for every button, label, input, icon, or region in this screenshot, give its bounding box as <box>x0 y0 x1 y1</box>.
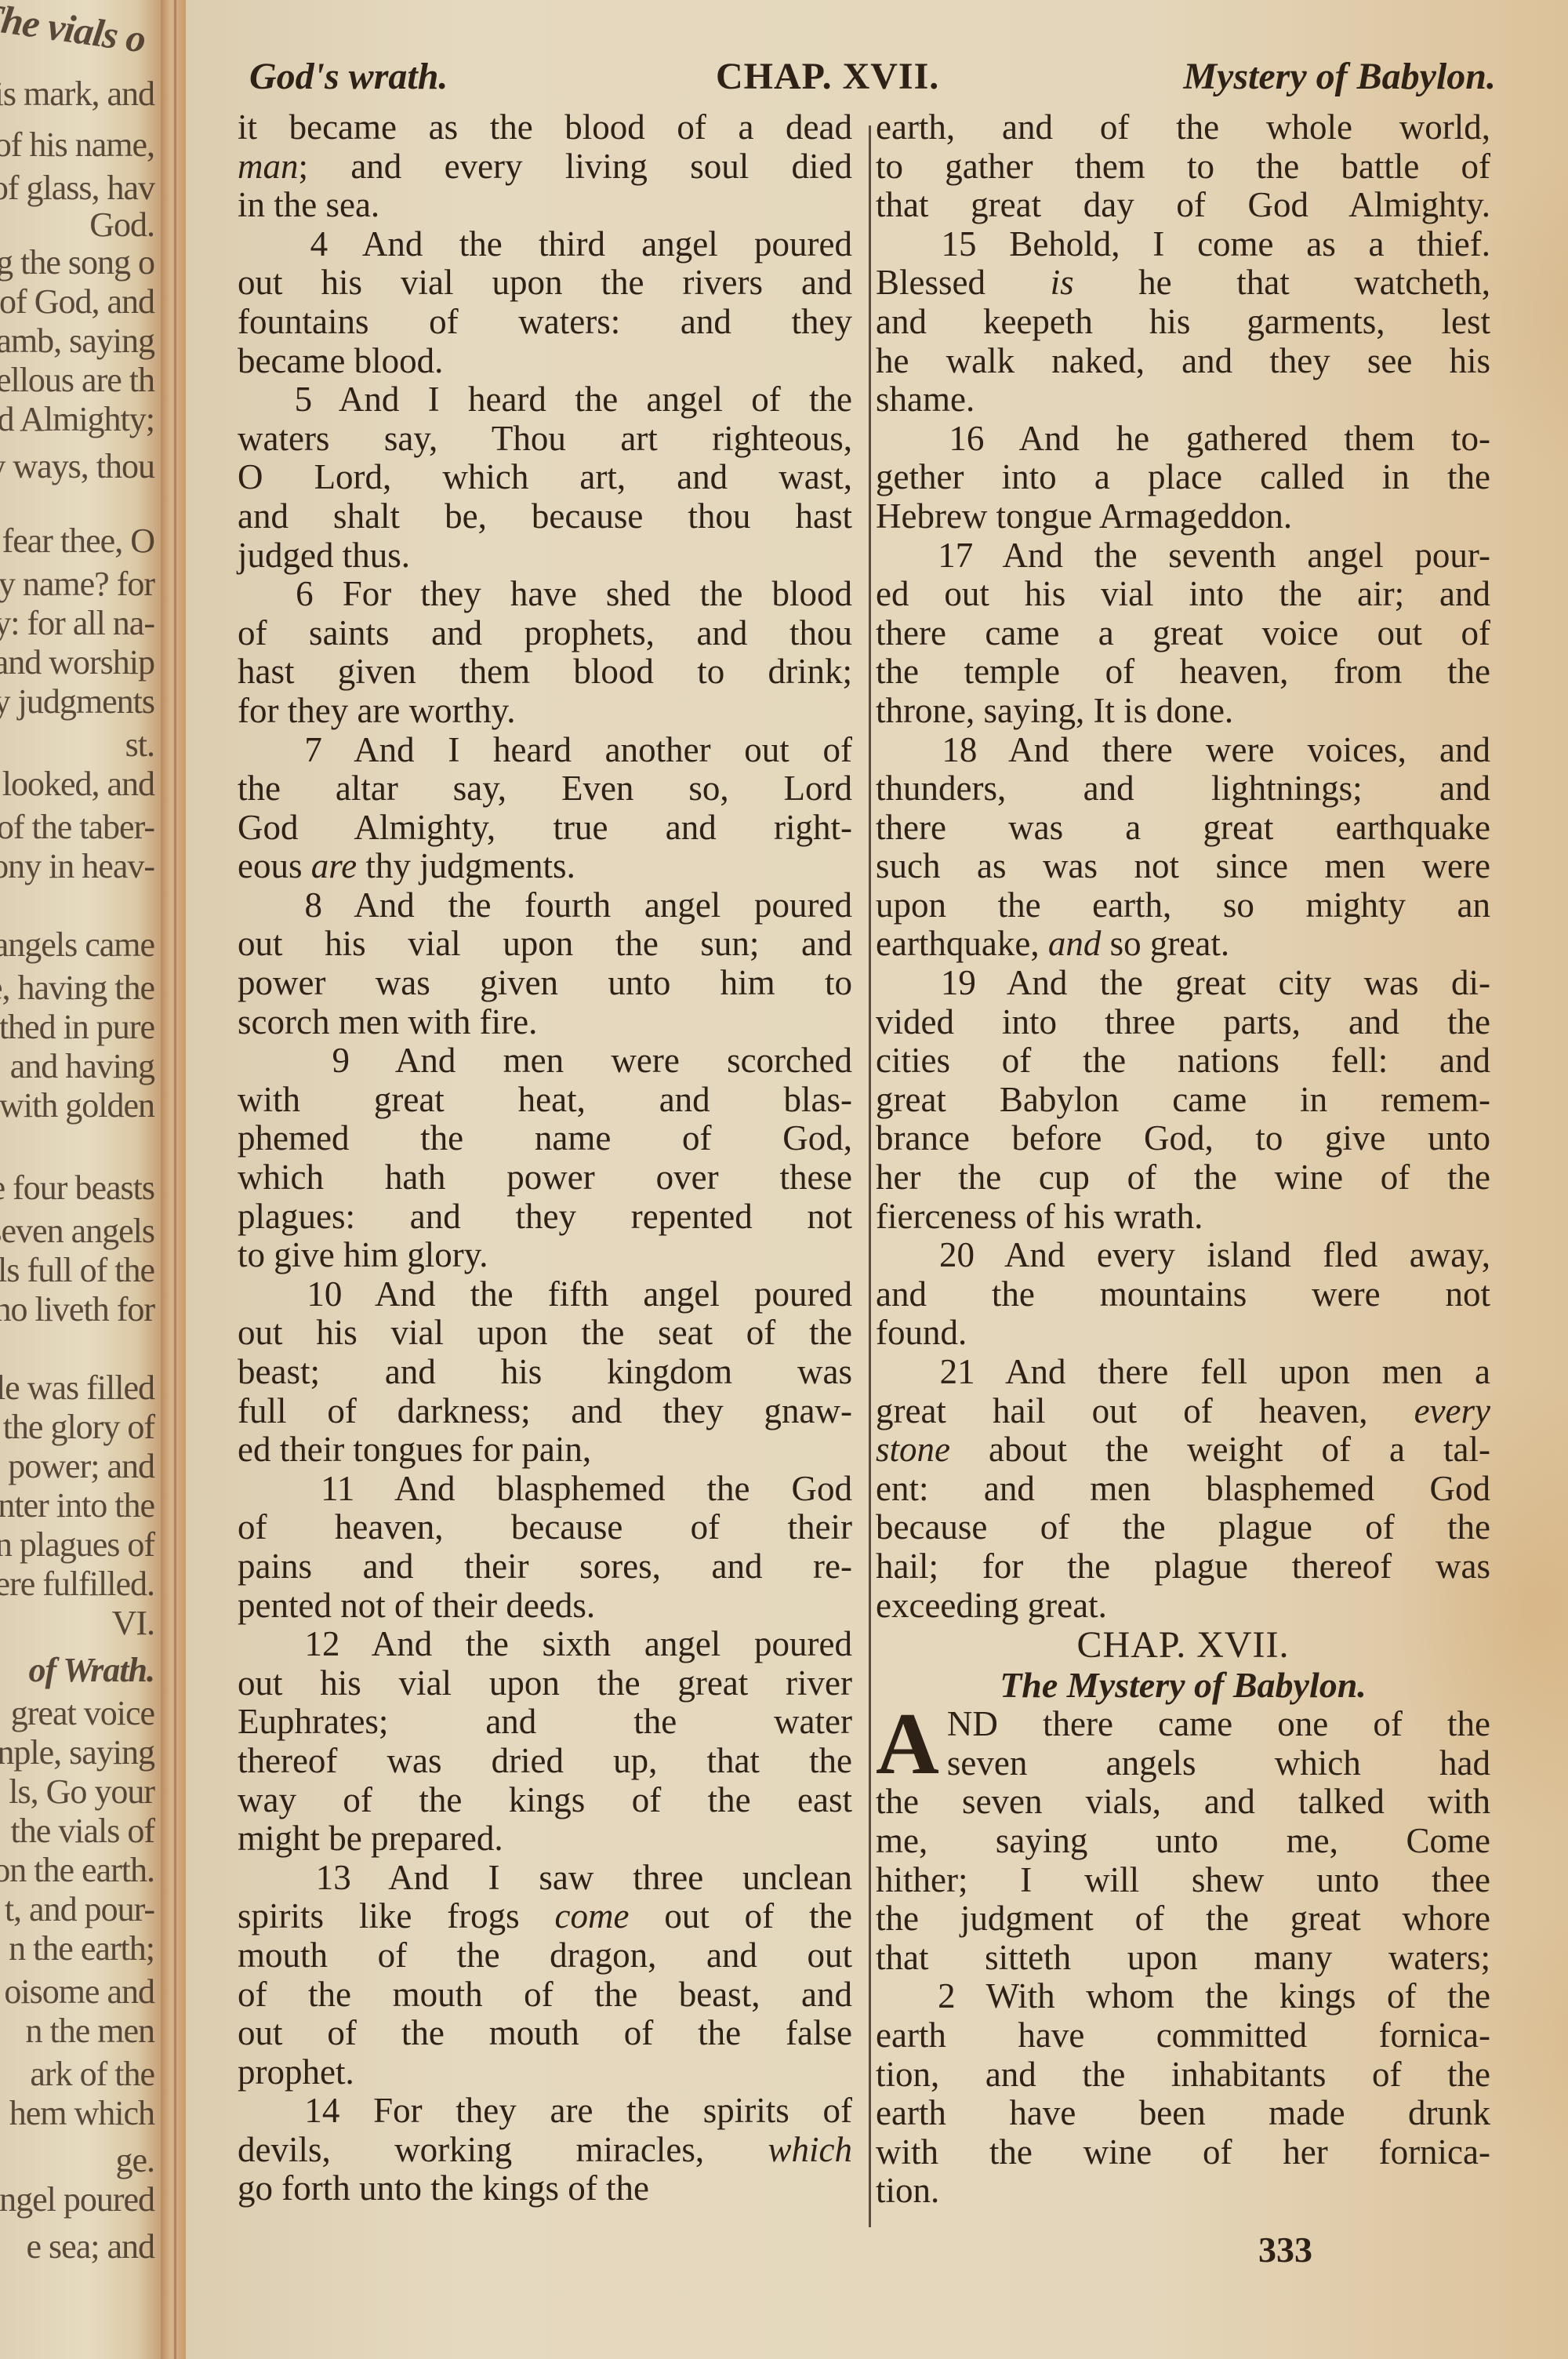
text-line: pented not of their deeds. <box>238 1587 852 1626</box>
text-line: phemed the name of God, <box>238 1119 852 1158</box>
facing-left-page: The vials o his mark, andr of his name,o… <box>0 0 161 2359</box>
text-line: 6 For they have shed the blood <box>238 575 852 614</box>
left-page-text-fragment: VI. <box>112 1604 154 1643</box>
text-line: and the mountains were not <box>876 1275 1490 1314</box>
text-line: spirits like frogs come out of the <box>238 1897 852 1936</box>
text-line: great Babylon came in remem- <box>876 1081 1490 1120</box>
text-line: 17 And the seventh angel pour- <box>876 536 1490 576</box>
text-line: that sitteth upon many waters; <box>876 1939 1490 1978</box>
left-page-text-fragment: I looked, and <box>0 765 154 804</box>
left-page-text-fragment: of glass, hav <box>0 169 154 208</box>
text-line: 5 And I heard the angel of the <box>238 380 852 420</box>
left-page-text-fragment: en plagues of <box>0 1525 154 1565</box>
running-head: God's wrath. CHAP. XVII. Mystery of Baby… <box>249 55 1496 110</box>
chapter-17-opening: A ND there came one of theseven angels w… <box>876 1705 1490 2211</box>
text-line: waters say, Thou art righteous, <box>238 420 852 459</box>
text-line: man; and every living soul died <box>238 147 852 187</box>
text-line: out his vial upon the great river <box>238 1664 852 1703</box>
text-line: found. <box>876 1314 1490 1353</box>
text-line: tion, and the inhabitants of the <box>876 2055 1490 2095</box>
left-page-text-fragment: r of his name, <box>0 125 154 165</box>
left-column: it became as the blood of a deadman; and… <box>238 108 852 2208</box>
left-page-text-fragment: power; and <box>8 1447 154 1486</box>
left-page-text-fragment: the glory of <box>3 1408 154 1447</box>
text-line: with great heat, and blas- <box>238 1081 852 1120</box>
text-line: exceeding great. <box>876 1587 1490 1626</box>
text-line: Blessed is he that watcheth, <box>876 264 1490 303</box>
chapter-heading: CHAP. XVII. <box>876 1625 1490 1666</box>
page-edge <box>174 0 176 2359</box>
left-page-text-fragment: thy name? for <box>0 565 154 604</box>
text-line: 16 And he gathered them to- <box>876 420 1490 459</box>
text-line: devils, working miracles, which <box>238 2131 852 2170</box>
left-page-text-fragment: hem which <box>9 2094 154 2133</box>
text-line: me, saying unto me, Come <box>876 1822 1490 1861</box>
text-line: tion. <box>876 2172 1490 2211</box>
text-line: prophet. <box>238 2053 852 2092</box>
text-line: judged thus. <box>238 536 852 576</box>
left-page-text-fragment: t, and pour- <box>5 1890 154 1929</box>
text-line: way of the kings of the east <box>238 1781 852 1820</box>
left-page-text-fragment: and having <box>10 1047 154 1086</box>
left-page-text-fragment: the vials of <box>10 1812 154 1851</box>
text-line: O Lord, which art, and wast, <box>238 458 852 497</box>
text-line: 8 And the fourth angel poured <box>238 886 852 925</box>
text-line: gether into a place called in the <box>876 458 1490 497</box>
text-line: ed their tongues for pain, <box>238 1430 852 1470</box>
text-line: eous are thy judgments. <box>238 847 852 886</box>
text-line: fountains of waters: and they <box>238 303 852 342</box>
text-line: of saints and prophets, and thou <box>238 614 852 653</box>
text-line: it became as the blood of a dead <box>238 108 852 147</box>
running-head-right: Mystery of Babylon. <box>1183 55 1496 98</box>
text-line: earth, and of the whole world, <box>876 108 1490 147</box>
text-line: 15 Behold, I come as a thief. <box>876 225 1490 264</box>
text-line: and keepeth his garments, lest <box>876 303 1490 342</box>
text-line: there was a great earthquake <box>876 809 1490 848</box>
text-line: ND there came one of the <box>876 1705 1490 1744</box>
left-page-text-fragment: and worship <box>0 643 154 682</box>
text-line: earthquake, and so great. <box>876 925 1490 964</box>
text-line: upon the earth, so mighty an <box>876 886 1490 925</box>
text-line: there came a great voice out of <box>876 614 1490 653</box>
left-page-text-fragment: vellous are th <box>0 361 154 400</box>
left-page-text-fragment: ly: for all na- <box>0 604 154 643</box>
text-line: 2 With whom the kings of the <box>876 1977 1490 2016</box>
left-page-text-fragment: nony in heav- <box>0 847 154 886</box>
text-line: such as was not since men were <box>876 847 1490 886</box>
text-line: out his vial upon the sun; and <box>238 925 852 964</box>
text-line: 14 For they are the spirits of <box>238 2092 852 2131</box>
left-page-text-fragment: ngel poured <box>0 2180 154 2219</box>
text-line: 10 And the fifth angel poured <box>238 1275 852 1314</box>
left-page-text-fragment: e sea; and <box>27 2227 154 2266</box>
text-line: he walk naked, and they see his <box>876 342 1490 381</box>
text-line: Hebrew tongue Armageddon. <box>876 497 1490 536</box>
text-line: 18 And there were voices, and <box>876 731 1490 770</box>
text-line: 7 And I heard another out of <box>238 731 852 770</box>
left-page-text-fragment: othed in pure <box>0 1008 154 1047</box>
left-page-text-fragment: g the song o <box>0 243 154 282</box>
left-page-text-fragment: t fear thee, O <box>0 522 154 561</box>
left-page-text-fragment: enter into the <box>0 1486 154 1525</box>
text-line: 19 And the great city was di- <box>876 964 1490 1003</box>
text-line: the seven vials, and talked with <box>876 1783 1490 1822</box>
text-line: 20 And every island fled away, <box>876 1236 1490 1275</box>
left-page-text-fragment: ho liveth for <box>0 1290 154 1329</box>
text-line: God Almighty, true and right- <box>238 809 852 848</box>
text-line: became blood. <box>238 342 852 381</box>
left-page-text-fragment: angels came <box>0 925 154 965</box>
running-head-left: God's wrath. <box>249 55 448 98</box>
left-page-text-fragment: oisome and <box>4 1972 154 2012</box>
left-page-text-fragment: nt of God, and <box>0 282 154 322</box>
text-line: fierceness of his wrath. <box>876 1198 1490 1237</box>
text-line: 11 And blasphemed the God <box>238 1470 852 1509</box>
text-line: 21 And there fell upon men a <box>876 1353 1490 1392</box>
text-line: shame. <box>876 380 1490 420</box>
text-line: ed out his vial into the air; and <box>876 575 1490 614</box>
text-line: hast given them blood to drink; <box>238 652 852 692</box>
left-page-text-fragment: d with golden <box>0 1086 154 1125</box>
text-line: of the mouth of the beast, and <box>238 1976 852 2015</box>
left-page-text-fragment: thy judgments <box>0 682 154 722</box>
left-page-text-fragment: ls, Go your <box>9 1772 154 1812</box>
text-line: to give him glory. <box>238 1236 852 1275</box>
text-line: 4 And the third angel poured <box>238 225 852 264</box>
right-column: earth, and of the whole world,to gather … <box>876 108 1490 2211</box>
text-line: thunders, and lightnings; and <box>876 769 1490 809</box>
text-line: in the sea. <box>238 186 852 225</box>
drop-cap: A <box>876 1708 939 1780</box>
text-line: ent: and men blasphemed God <box>876 1470 1490 1509</box>
left-page-text-fragment: od Almighty; <box>0 400 154 439</box>
text-line: out of the mouth of the false <box>238 2014 852 2053</box>
text-line: beast; and his kingdom was <box>238 1353 852 1392</box>
left-page-text-fragment: e of the taber- <box>0 808 154 847</box>
text-line: which hath power over these <box>238 1158 852 1198</box>
left-page-running-head: The vials o <box>0 0 147 59</box>
left-page-text-fragment: ge. <box>115 2141 154 2180</box>
text-line: the altar say, Even so, Lord <box>238 769 852 809</box>
text-line: hail; for the plague thereof was <box>876 1547 1490 1587</box>
text-line: her the cup of the wine of the <box>876 1158 1490 1198</box>
left-page-text-fragment: le was filled <box>0 1369 154 1408</box>
text-line: seven angels which had <box>876 1744 1490 1783</box>
text-line: brance before God, to give unto <box>876 1119 1490 1158</box>
text-line: the temple of heaven, from the <box>876 652 1490 692</box>
chapter-subtitle: The Mystery of Babylon. <box>876 1666 1490 1705</box>
left-page-text-fragment: e four beasts <box>0 1169 154 1208</box>
left-page-text-fragment: of Wrath. <box>28 1651 154 1690</box>
left-page-text-fragment: seven angels <box>0 1212 154 1251</box>
text-line: 13 And I saw three unclean <box>238 1859 852 1898</box>
text-line: cities of the nations fell: and <box>876 1041 1490 1081</box>
text-line: stone about the weight of a tal- <box>876 1430 1490 1470</box>
text-line: of heaven, because of their <box>238 1508 852 1547</box>
left-page-text-fragment: ls full of the <box>0 1251 154 1290</box>
text-line: 12 And the sixth angel poured <box>238 1625 852 1664</box>
left-page-text-fragment: e, having the <box>0 969 154 1008</box>
text-line: thereof was dried up, that the <box>238 1742 852 1781</box>
text-line: throne, saying, It is done. <box>876 692 1490 731</box>
text-line: that great day of God Almighty. <box>876 186 1490 225</box>
text-line: power was given unto him to <box>238 964 852 1003</box>
left-page-text-fragment: n the earth; <box>9 1929 154 1968</box>
left-page-text-fragment: God. <box>89 205 154 245</box>
left-page-text-fragment: Lamb, saying <box>0 322 154 361</box>
column-rule <box>869 125 871 2227</box>
left-page-text-fragment: thy ways, thou <box>0 447 154 486</box>
text-line: Euphrates; and the water <box>238 1703 852 1742</box>
page-number: 333 <box>1258 2229 1312 2270</box>
left-page-text-fragment: st. <box>125 725 154 765</box>
text-line: go forth unto the kings of the <box>238 2169 852 2208</box>
text-line: because of the plague of the <box>876 1508 1490 1547</box>
text-line: out his vial upon the seat of the <box>238 1314 852 1353</box>
text-line: and shalt be, because thou hast <box>238 497 852 536</box>
running-head-chapter: CHAP. XVII. <box>716 55 939 98</box>
text-line: with the wine of her fornica- <box>876 2133 1490 2172</box>
text-line: scorch men with fire. <box>238 1003 852 1042</box>
text-line: out his vial upon the rivers and <box>238 264 852 303</box>
text-line: might be prepared. <box>238 1819 852 1859</box>
text-line: plagues: and they repented not <box>238 1198 852 1237</box>
text-line: 9 And men were scorched <box>238 1041 852 1081</box>
left-page-text-fragment: great voice <box>11 1694 154 1733</box>
text-line: earth have been made drunk <box>876 2094 1490 2133</box>
book-gutter <box>161 0 186 2359</box>
text-line: hither; I will shew unto thee <box>876 1861 1490 1900</box>
left-page-text-fragment: were fulfilled. <box>0 1565 154 1604</box>
text-line: pains and their sores, and re- <box>238 1547 852 1587</box>
left-page-text-fragment: ark of the <box>30 2055 154 2094</box>
revelation-16-continued: earth, and of the whole world,to gather … <box>876 108 1490 1625</box>
text-line: mouth of the dragon, and out <box>238 1936 852 1976</box>
text-line: full of darkness; and they gnaw- <box>238 1392 852 1431</box>
text-line: vided into three parts, and the <box>876 1003 1490 1042</box>
left-page-text-fragment: on the earth. <box>0 1851 154 1890</box>
text-line: earth have committed fornica- <box>876 2016 1490 2055</box>
left-page-text-fragment: his mark, and <box>0 75 154 114</box>
text-line: great hail out of heaven, every <box>876 1392 1490 1431</box>
left-page-text-fragment: nple, saying <box>0 1733 154 1772</box>
left-page-text-fragment: n the men <box>25 2012 154 2051</box>
text-line: for they are worthy. <box>238 692 852 731</box>
text-line: the judgment of the great whore <box>876 1899 1490 1939</box>
text-line: to gather them to the battle of <box>876 147 1490 187</box>
